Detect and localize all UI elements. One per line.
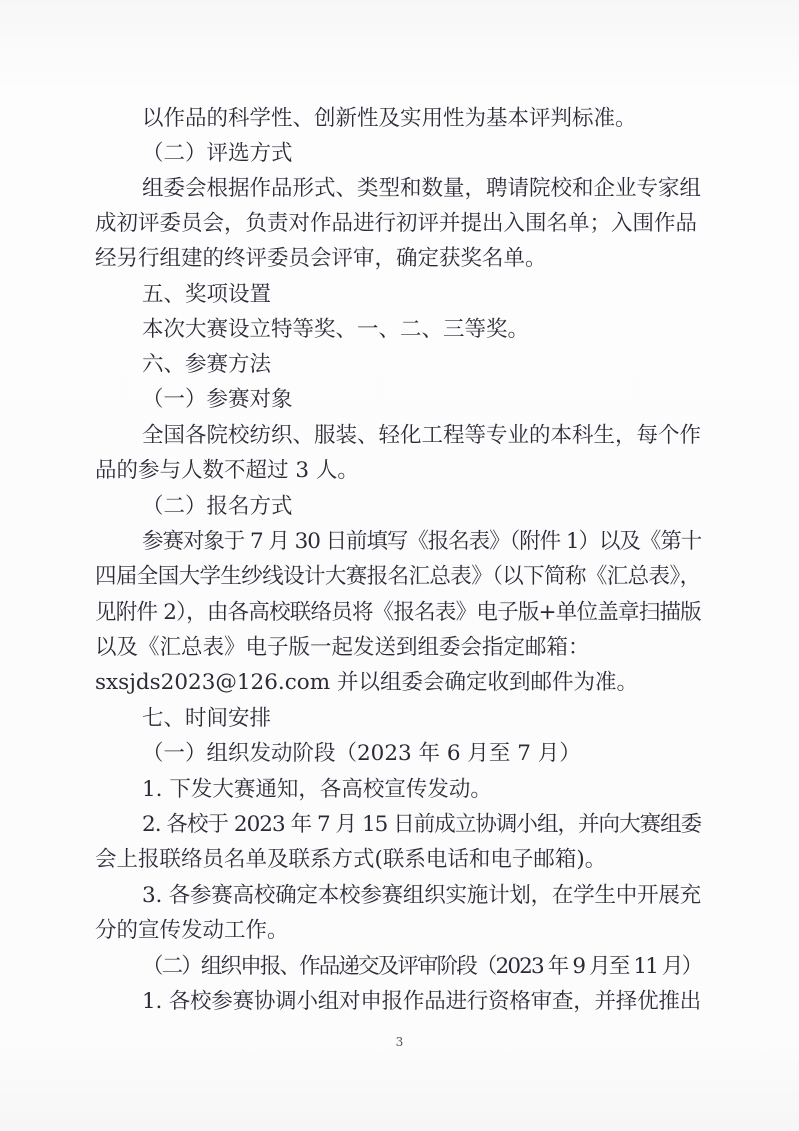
text-line: 四届全国大学生纱线设计大赛报名汇总表》（以下简称《汇总表》， xyxy=(95,564,701,590)
text-line: 1. 下发大赛通知，各高校宣传发动。 xyxy=(142,777,701,803)
text-line: 七、时间安排 xyxy=(142,706,701,732)
text-line: sxsjds2023@126.com 并以组委会确定收到邮件为准。 xyxy=(95,670,701,696)
text-line: 成初评委员会，负责对作品进行初评并提出入围名单；入围作品 xyxy=(95,211,701,237)
text-line: 3. 各参赛高校确定本校参赛组织实施计划，在学生中开展充 xyxy=(142,883,701,909)
text-line: 参赛对象于 7 月 30 日前填写《报名表》（附件 1）以及《第十 xyxy=(142,529,701,555)
text-line: 分的宣传发动工作。 xyxy=(95,918,701,944)
text-line: 见附件 2），由各高校联络员将《报名表》电子版+单位盖章扫描版 xyxy=(95,600,701,626)
text-line: 五、奖项设置 xyxy=(142,282,701,308)
text-line: 2. 各校于 2023 年 7 月 15 日前成立协调小组，并向大赛组委 xyxy=(142,812,701,838)
text-line: 六、参赛方法 xyxy=(142,352,701,378)
text-line: 以作品的科学性、创新性及实用性为基本评判标准。 xyxy=(142,106,701,132)
text-line: （二）组织申报、作品递交及评审阶段（2023 年 9 月至 11 月） xyxy=(142,954,701,980)
text-line: （一）组织发动阶段（2023 年 6 月至 7 月） xyxy=(142,741,701,767)
text-line: 本次大赛设立特等奖、一、二、三等奖。 xyxy=(142,317,701,343)
text-line: 组委会根据作品形式、类型和数量，聘请院校和企业专家组 xyxy=(142,176,701,202)
text-line: 经另行组建的终评委员会评审，确定获奖名单。 xyxy=(95,246,701,272)
text-line: 会上报联络员名单及联系方式(联系电话和电子邮箱)。 xyxy=(95,847,701,873)
text-line: （二）评选方式 xyxy=(142,141,701,167)
text-line: （一）参赛对象 xyxy=(142,387,701,413)
document-page: 以作品的科学性、创新性及实用性为基本评判标准。（二）评选方式组委会根据作品形式、… xyxy=(0,0,799,1131)
text-line: 品的参与人数不超过 3 人。 xyxy=(95,458,701,484)
text-line: 1. 各校参赛协调小组对申报作品进行资格审查，并择优推出 xyxy=(142,989,701,1015)
page-number: 3 xyxy=(0,1035,799,1049)
text-line: 全国各院校纺织、服装、轻化工程等专业的本科生，每个作 xyxy=(142,423,701,449)
text-line: 以及《汇总表》电子版一起发送到组委会指定邮箱： xyxy=(95,635,701,661)
text-line: （二）报名方式 xyxy=(142,494,701,520)
